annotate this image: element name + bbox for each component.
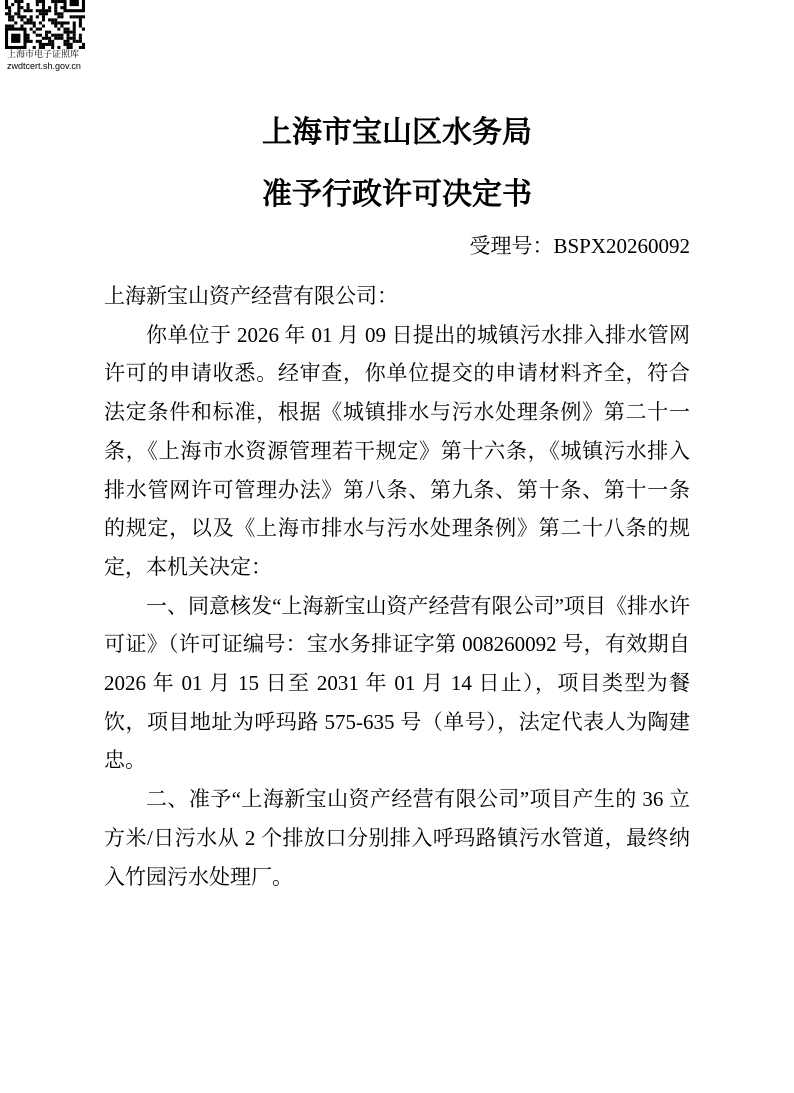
document-page: 上海市电子证照库 zwdtcert.sh.gov.cn 上海市宝山区水务局 准予… bbox=[0, 0, 794, 1093]
qr-block: 上海市电子证照库 zwdtcert.sh.gov.cn bbox=[3, 0, 89, 72]
document-title-authority: 上海市宝山区水务局 bbox=[0, 114, 794, 152]
receipt-number: 受理号：BSPX20260092 bbox=[0, 233, 690, 260]
paragraph-decision-item-2: 二、准予“上海新宝山资产经营有限公司”项目产生的 36 立方米/日污水从 2 个… bbox=[104, 780, 690, 896]
qr-caption-library: 上海市电子证照库 bbox=[7, 49, 89, 61]
qr-caption-url: zwdtcert.sh.gov.cn bbox=[7, 61, 89, 73]
document-title-type: 准予行政许可决定书 bbox=[0, 176, 794, 214]
addressee-line: 上海新宝山资产经营有限公司： bbox=[104, 277, 690, 316]
qr-code bbox=[5, 0, 85, 49]
paragraph-application-review: 你单位于 2026 年 01 月 09 日提出的城镇污水排入排水管网许可的申请收… bbox=[104, 316, 690, 587]
document-body: 上海新宝山资产经营有限公司： 你单位于 2026 年 01 月 09 日提出的城… bbox=[104, 277, 690, 896]
paragraph-decision-item-1: 一、同意核发“上海新宝山资产经营有限公司”项目《排水许可证》（许可证编号：宝水务… bbox=[104, 587, 690, 781]
